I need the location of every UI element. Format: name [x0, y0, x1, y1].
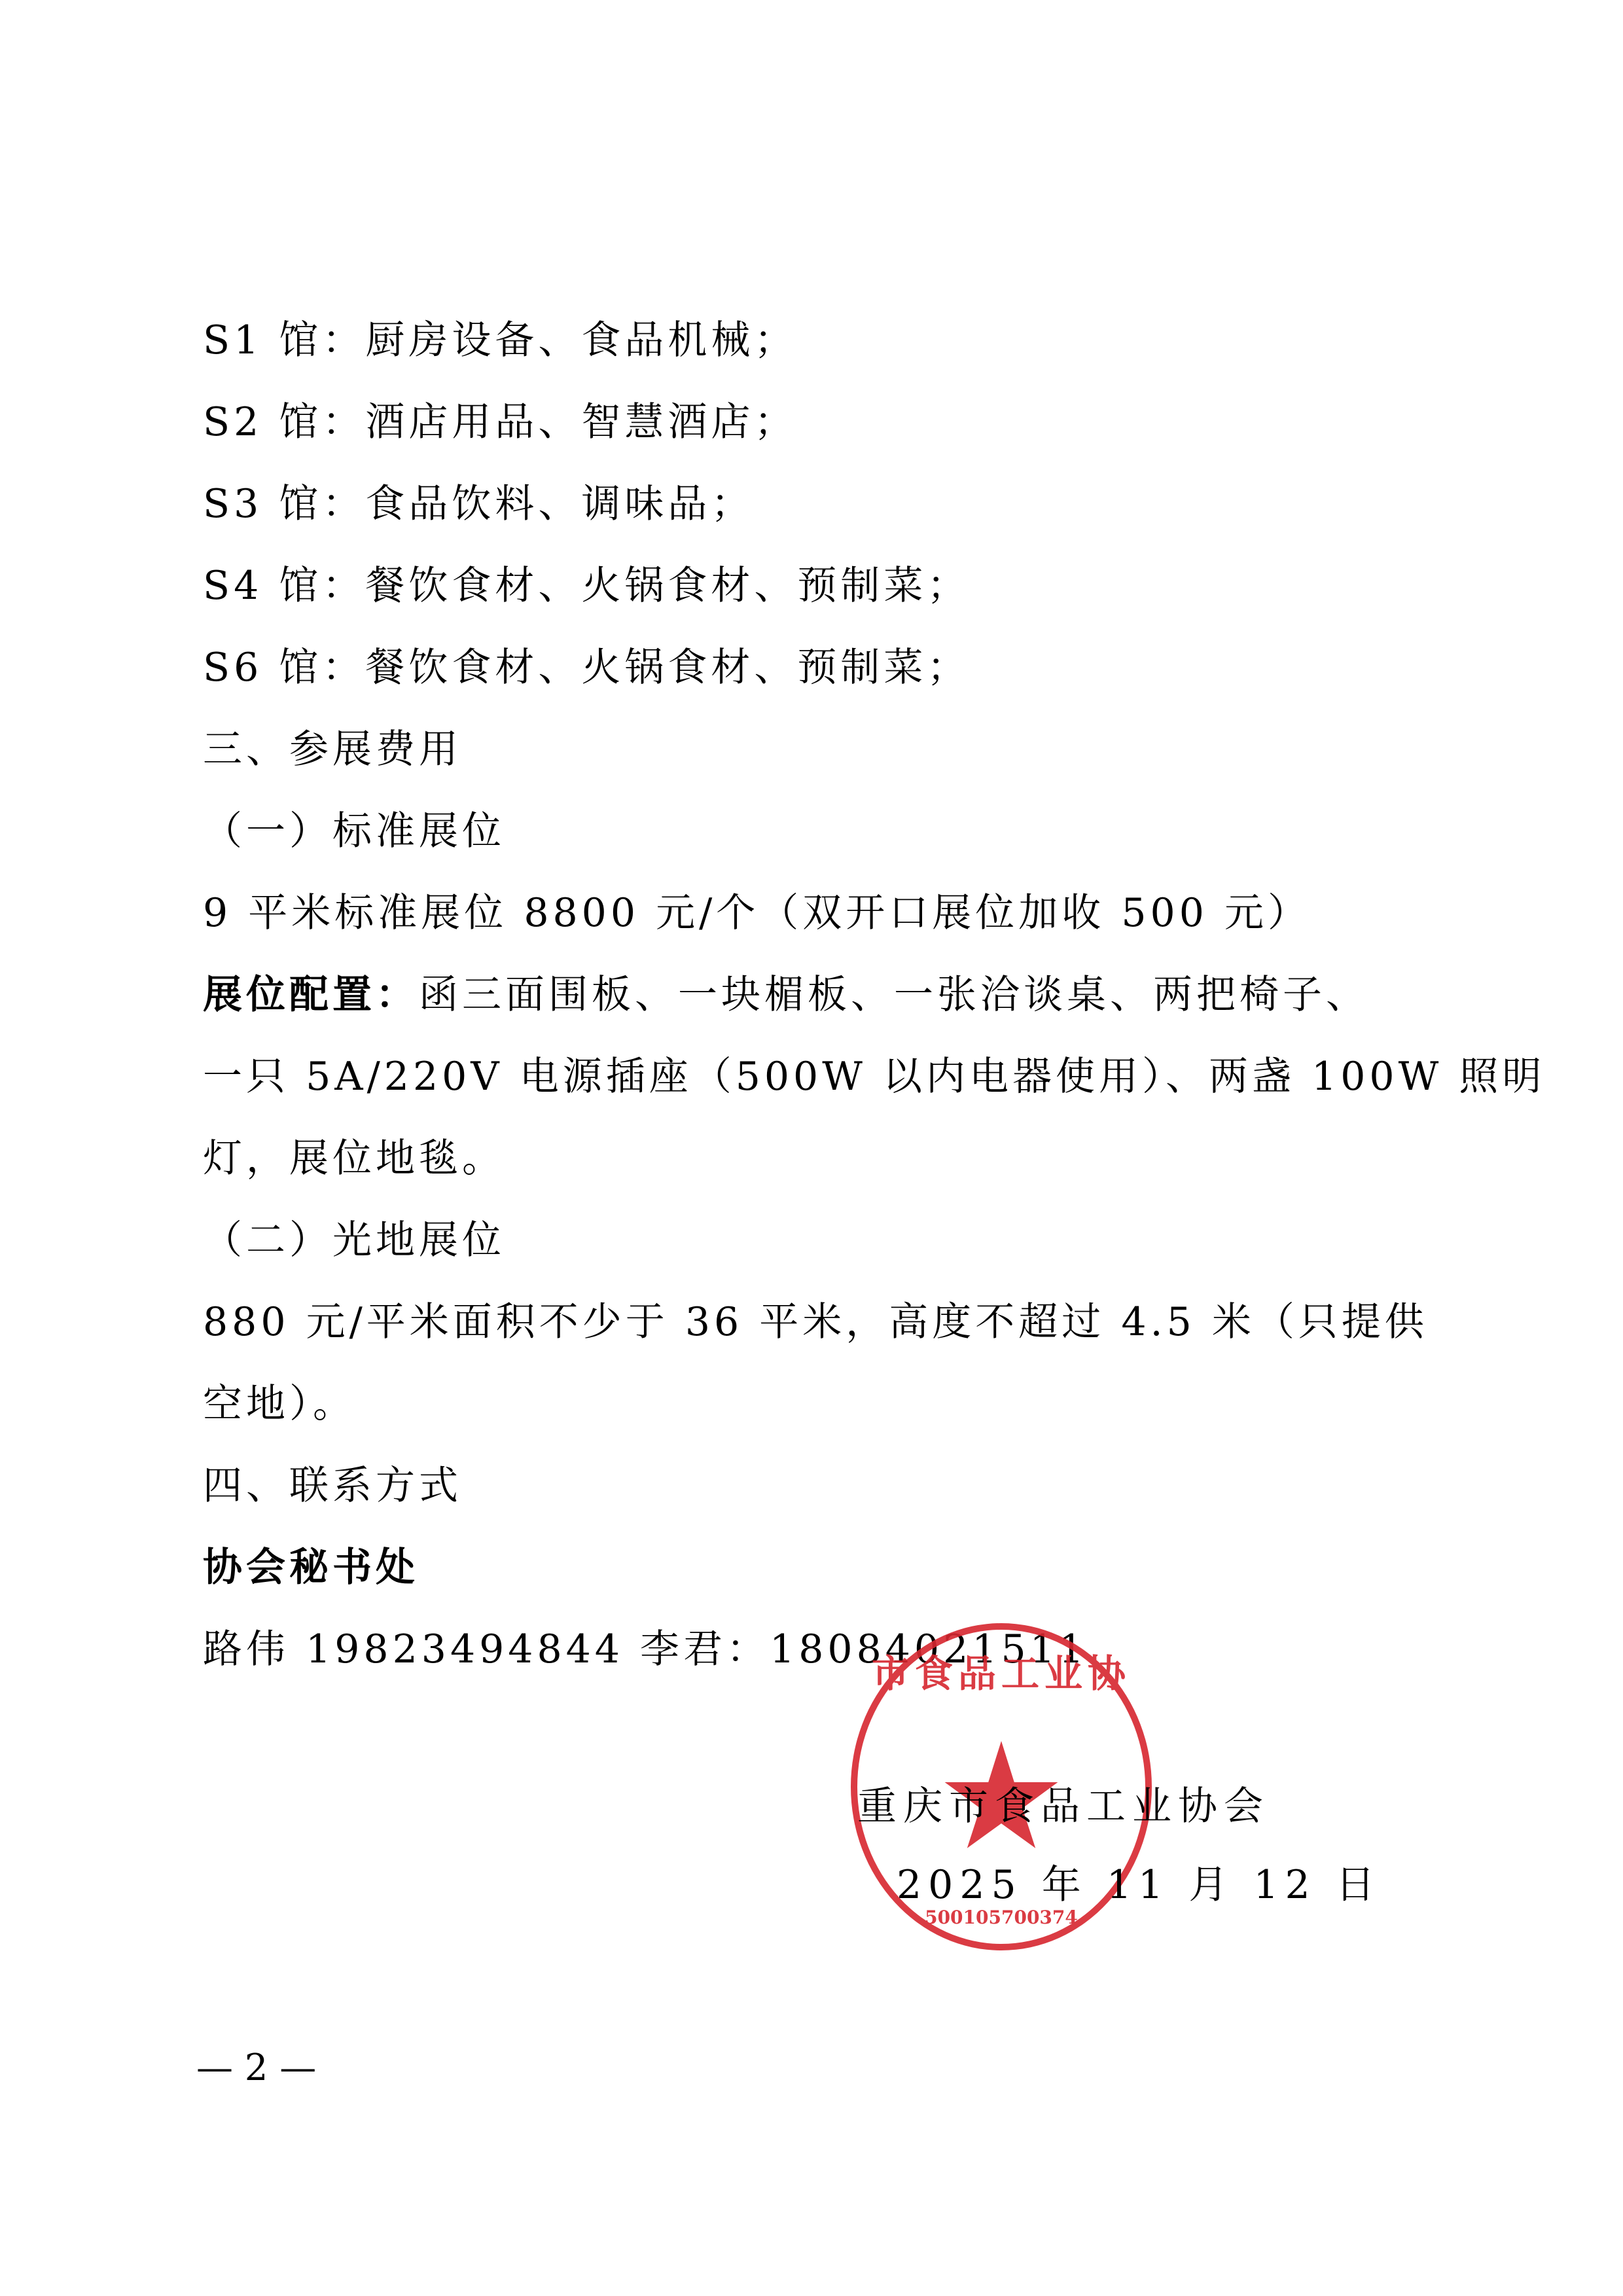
- standard-booth-price: 9 平米标准展位 8800 元/个（双开口展位加收 500 元）: [203, 887, 1311, 939]
- page-number: — 2 —: [196, 2042, 316, 2094]
- hall-s6: S6 馆：餐饮食材、火锅食材、预制菜；: [203, 641, 970, 694]
- section-heading-contact: 四、联系方式: [203, 1460, 462, 1512]
- subheading-standard-booth: （一）标准展位: [203, 805, 505, 857]
- hall-s4: S4 馆：餐饮食材、火锅食材、预制菜；: [203, 560, 970, 612]
- booth-config-text-1: 函三面围板、一块楣板、一张洽谈桌、两把椅子、: [419, 972, 1369, 1018]
- hall-s1: S1 馆：厨房设备、食品机械；: [203, 314, 797, 367]
- section-heading-fees: 三、参展费用: [203, 723, 462, 776]
- booth-config-line3: 灯，展位地毯。: [203, 1132, 505, 1185]
- booth-config-line2: 一只 5A/220V 电源插座（500W 以内电器使用）、两盏 100W 照明: [203, 1050, 1545, 1103]
- raw-space-line1: 880 元/平米面积不少于 36 平米，高度不超过 4.5 米（只提供: [203, 1296, 1428, 1348]
- document-page: S1 馆：厨房设备、食品机械； S2 馆：酒店用品、智慧酒店； S3 馆：食品饮…: [0, 0, 1623, 2296]
- booth-config-label: 展位配置：: [203, 972, 419, 1018]
- secretariat-label: 协会秘书处: [203, 1541, 419, 1594]
- raw-space-line2: 空地）。: [203, 1378, 356, 1430]
- seal-text: 市食品工业协: [870, 1643, 1132, 1698]
- hall-s3: S3 馆：食品饮料、调味品；: [203, 478, 754, 530]
- signature-date: 2025 年 11 月 12 日: [897, 1859, 1382, 1911]
- signature-org: 重庆市食品工业协会: [857, 1780, 1270, 1833]
- hall-s2: S2 馆：酒店用品、智慧酒店；: [203, 396, 797, 448]
- booth-config-line1: 展位配置：函三面围板、一块楣板、一张洽谈桌、两把椅子、: [203, 969, 1369, 1021]
- subheading-raw-space: （二）光地展位: [203, 1214, 505, 1266]
